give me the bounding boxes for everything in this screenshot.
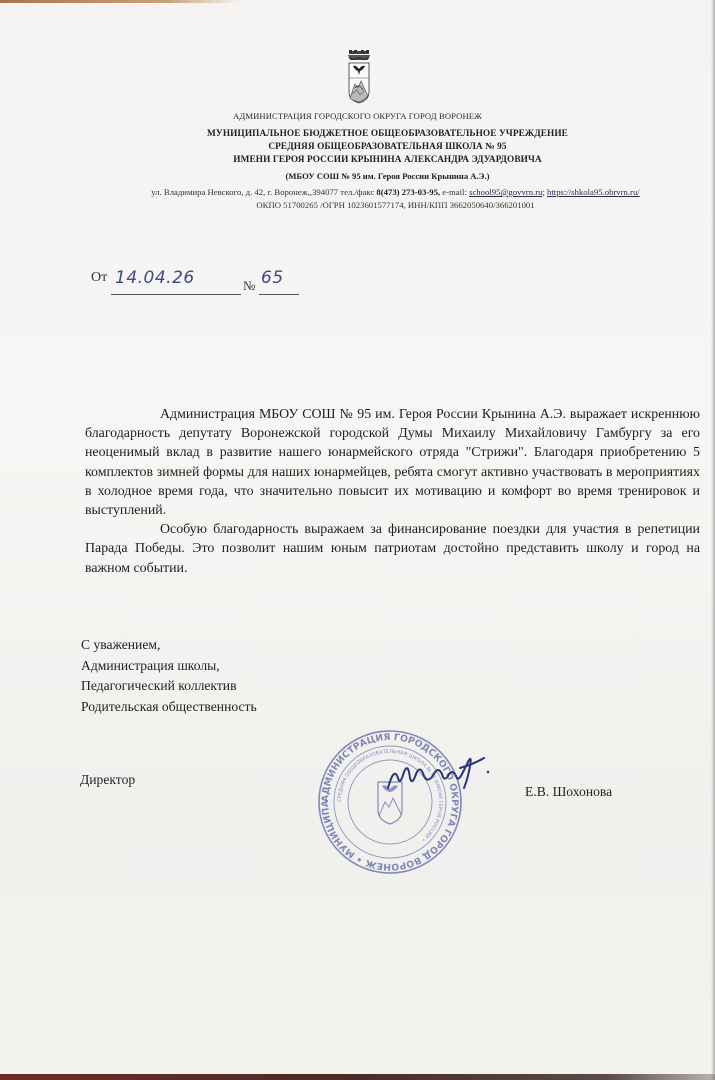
email-label: e-mail:: [440, 187, 469, 197]
institution-name-line-3: ИМЕНИ ГЕРОЯ РОССИИ КРЫНИНА АЛЕКСАНДРА ЭД…: [30, 155, 715, 165]
website-link[interactable]: https://shkola95.obrvrn.ru/: [547, 187, 640, 197]
email-link[interactable]: school95@govvrn.ru: [469, 187, 542, 197]
handwritten-number: 65: [261, 268, 284, 288]
address-text: ул. Владимира Невского, д. 42, г. Вороне…: [151, 187, 376, 197]
closing-line-2: Администрация школы,: [81, 656, 257, 677]
letter-page: АДМИНИСТРАЦИЯ ГОРОДСКОГО ОКРУГА ГОРОД ВО…: [0, 0, 715, 1080]
voronezh-coat-of-arms-icon: [347, 50, 371, 104]
number-field: 65: [259, 270, 299, 295]
signer-position: Директор: [80, 772, 135, 788]
director-signature: [384, 748, 494, 793]
body-paragraph-2: Особую благодарность выражаем за финанси…: [85, 520, 700, 578]
signer-name: Е.В. Шохонова: [525, 784, 612, 800]
date-field: 14.04.26: [111, 270, 241, 295]
institution-name-line-2: СРЕДНЯЯ ОБЩЕОБРАЗОВАТЕЛЬНАЯ ШКОЛА № 95: [30, 142, 715, 152]
closing-line-4: Родительская общественность: [81, 697, 257, 718]
photo-edge-bottom: [0, 1074, 715, 1080]
photo-edge-top: [0, 0, 240, 3]
registration-codes: ОКПО 51700265 /ОГРН 1023601577174, ИНН/К…: [38, 200, 715, 210]
administration-heading: АДМИНИСТРАЦИЯ ГОРОДСКОГО ОКРУГА ГОРОД ВО…: [0, 111, 715, 121]
closing-block: С уважением, Администрация школы, Педаго…: [81, 635, 257, 717]
contact-line: ул. Владимира Невского, д. 42, г. Вороне…: [38, 187, 715, 197]
number-label: №: [243, 278, 255, 294]
phone-number: 8(473) 273-03-95,: [376, 187, 440, 197]
body-paragraph-1: Администрация МБОУ СОШ № 95 им. Героя Ро…: [85, 405, 700, 520]
closing-line-1: С уважением,: [81, 635, 257, 656]
letter-body: Администрация МБОУ СОШ № 95 им. Героя Ро…: [85, 405, 700, 578]
institution-abbreviation: (МБОУ СОШ № 95 им. Героя России Крынина …: [30, 171, 715, 181]
date-label-text: От: [91, 270, 107, 285]
date-label: От: [91, 270, 107, 286]
institution-name-line-1: МУНИЦИПАЛЬНОЕ БЮДЖЕТНОЕ ОБЩЕОБРАЗОВАТЕЛЬ…: [30, 129, 715, 139]
closing-line-3: Педагогический коллектив: [81, 676, 257, 697]
handwritten-date: 14.04.26: [115, 268, 195, 288]
